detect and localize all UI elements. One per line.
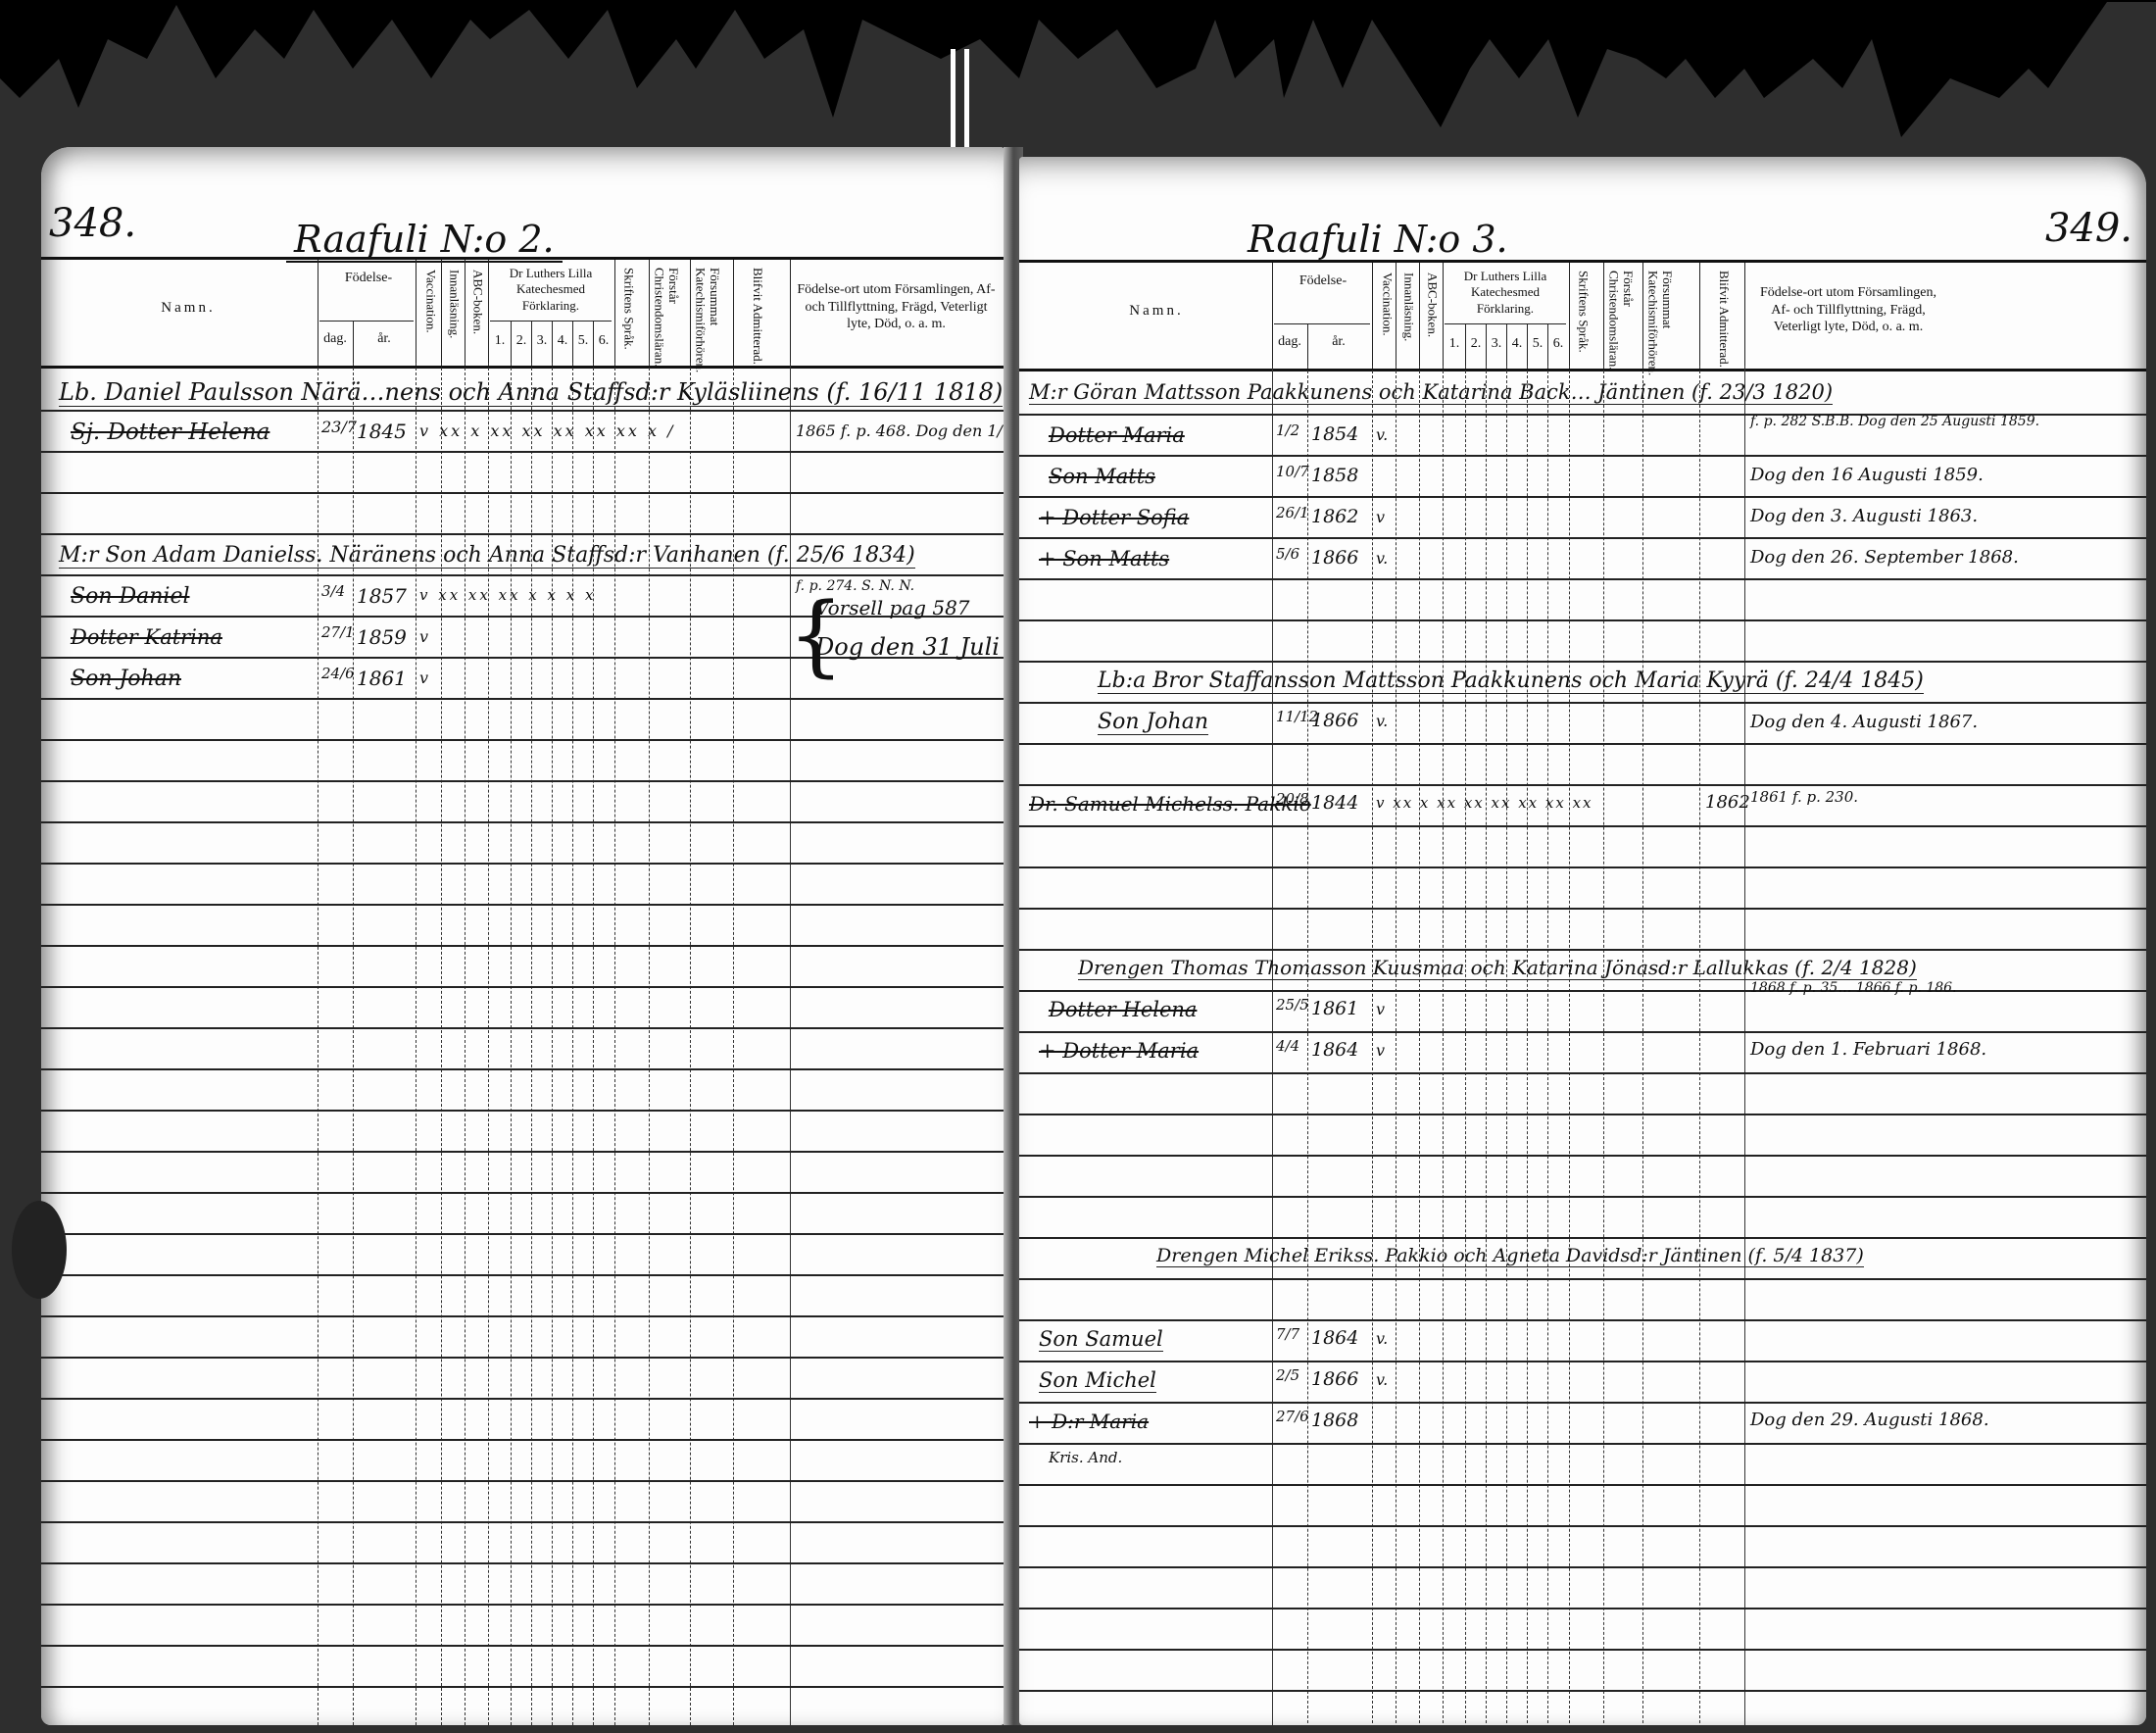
entry-birth-year: 1864 — [1311, 1327, 1358, 1349]
entry-note: Dog den 1. Februari 1868. — [1750, 1039, 1986, 1060]
header-notes: Födelse-ort utom Församlingen, Af- och T… — [1750, 284, 1946, 336]
entry-name: Son Matts — [1049, 465, 1155, 488]
header-birth: Födelse- — [1274, 272, 1372, 290]
entry-marks: v xx x xx xx xx xx xx xx — [1376, 794, 1593, 812]
header-birth: Födelse- — [319, 270, 417, 287]
entry-birth-year: 1868 — [1311, 1410, 1358, 1431]
entry-note: Dog den 4. Augusti 1867. — [1750, 712, 1978, 732]
entry-head-of-household: Drengen Michel Erikss. Pakkio och Agneta… — [1156, 1245, 1864, 1267]
entry-name: + Dotter Maria — [1039, 1039, 1199, 1063]
entry-birth-year: 1845 — [357, 420, 407, 443]
entry-name: Son Michel — [1039, 1368, 1156, 1393]
entry-birth-year: 1861 — [357, 667, 407, 690]
header-year: år. — [355, 330, 414, 348]
entry-birth-year: 1862 — [1311, 506, 1358, 527]
right-page: 349. Raafuli N:o 3. Namn. Födelse- dag. … — [1019, 157, 2146, 1725]
entry-note: Kris. And. — [1049, 1449, 1122, 1466]
header-catechism: Dr Luthers Lilla Katechesmed Förklaring. — [490, 266, 612, 314]
entry-marks: v. — [1376, 1329, 1388, 1348]
header-abc: ABC-boken. — [1425, 272, 1439, 337]
entry-name: Dotter Helena — [1049, 998, 1197, 1021]
header-catechism: Dr Luthers Lilla Katechesmed Förklaring. — [1445, 269, 1566, 317]
entry-name: + D:r Maria — [1029, 1410, 1149, 1433]
header-part-4: 4. — [553, 332, 572, 350]
header-vaccination: Vaccination. — [1380, 272, 1394, 336]
header-part-6: 6. — [1548, 335, 1568, 353]
header-part-1: 1. — [490, 332, 510, 350]
entry-marks: v — [419, 627, 428, 646]
binding-hole — [12, 1201, 67, 1299]
entry-birth-day: 3/4 — [321, 582, 345, 600]
entry-marks: v. — [1376, 1370, 1388, 1389]
entry-birth-day: 23/7 — [321, 418, 357, 436]
entry-birth-day: 4/4 — [1276, 1037, 1299, 1055]
entry-birth-day: 1/2 — [1276, 421, 1299, 439]
header-day: dag. — [1274, 333, 1305, 351]
gutter-marker — [951, 49, 980, 157]
entry-head-of-household: M:r Son Adam Danielss. Näränens och Anna… — [59, 543, 915, 569]
header-part-5: 5. — [573, 332, 593, 350]
header-day: dag. — [319, 330, 351, 348]
entry-note: f. p. 282 S.B.B. Dog den 25 Augusti 1859… — [1750, 414, 2039, 429]
header-name: Namn. — [1098, 302, 1215, 321]
entry-birth-year: 1857 — [357, 584, 407, 608]
entry-birth-year: 1866 — [1311, 1368, 1358, 1390]
entry-note: 1868 f. p. 35… 1866 f. p. 186. — [1750, 980, 1957, 996]
entry-admitted-year: 1862 — [1705, 792, 1750, 813]
entry-marks: v — [1376, 1041, 1385, 1060]
entry-note: 1865 f. p. 468. Dog den 1/7 1865 — [796, 421, 1004, 440]
header-christian-doctrine: Förstår Christendomsläran. — [655, 268, 680, 367]
entry-birth-year: 1858 — [1311, 465, 1358, 486]
entry-name: + Dotter Sofia — [1039, 506, 1189, 529]
entry-marks: v — [1376, 1000, 1385, 1018]
header-part-4: 4. — [1507, 335, 1527, 353]
entry-marks: v — [419, 668, 428, 687]
entry-birth-year: 1866 — [1311, 710, 1358, 731]
entry-note: Dog den 3. Augusti 1863. — [1750, 506, 1978, 526]
entry-name: Son Daniel — [71, 584, 190, 609]
column-header-row: Namn. Födelse- dag. år. Vaccination. Inn… — [1019, 260, 2146, 371]
header-abc: ABC-boken. — [470, 270, 484, 334]
entry-birth-year: 1844 — [1311, 792, 1358, 814]
page-number: 348. — [49, 201, 136, 246]
entry-marks: v xx xx xx x x x x — [419, 586, 596, 604]
entry-name: Dr. Samuel Michelss. Pakkio — [1029, 792, 1311, 816]
entry-name: Dotter Katrina — [71, 625, 222, 649]
entry-name: Son Johan — [71, 667, 181, 691]
header-part-3: 3. — [1487, 335, 1506, 353]
entry-note: Dog den 26. September 1868. — [1750, 547, 2019, 568]
entry-birth-day: 24/6 — [321, 665, 355, 682]
entry-note: Dog den 29. Augusti 1868. — [1750, 1410, 1989, 1430]
entry-head-of-household: Lb:a Bror Staffansson Mattsson Paakkunen… — [1098, 668, 1924, 694]
village-heading: Raafuli N:o 3. — [1240, 218, 1516, 263]
entry-head-of-household: Lb. Daniel Paulsson Närä…nens och Anna S… — [59, 378, 1003, 407]
entry-marks: v xx x xx xx xx xx xx x / — [419, 421, 676, 440]
header-part-5: 5. — [1528, 335, 1547, 353]
header-admitted: Blifvit Admitterad. — [1705, 271, 1731, 368]
header-part-1: 1. — [1445, 335, 1464, 353]
entry-head-of-household: M:r Göran Mattsson Paakkunens och Katari… — [1029, 380, 1833, 405]
entry-name: Dotter Maria — [1049, 423, 1185, 447]
header-scripture: Skriftens Språk. — [1576, 271, 1590, 353]
page-number: 349. — [2045, 206, 2132, 251]
entry-birth-day: 7/7 — [1276, 1325, 1299, 1343]
header-christian-doctrine: Förstår Christendomsläran. — [1609, 271, 1635, 370]
header-notes: Födelse-ort utom Församlingen, Af- och T… — [796, 281, 997, 333]
entry-note: 1861 f. p. 230. — [1750, 788, 1858, 806]
entry-birth-day: 2/5 — [1276, 1366, 1299, 1384]
entry-birth-year: 1859 — [357, 625, 407, 649]
column-header-row: Namn. Födelse- dag. år. Vaccination. Inn… — [41, 257, 1004, 369]
entry-marks: v — [1376, 508, 1385, 526]
entry-birth-year: 1861 — [1311, 998, 1358, 1019]
header-part-2: 2. — [1466, 335, 1486, 353]
header-admitted: Blifvit Admitterad. — [739, 268, 764, 365]
entry-birth-day: 26/1 — [1276, 504, 1309, 521]
header-part-3: 3. — [532, 332, 552, 350]
entry-birth-day: 27/6 — [1276, 1408, 1309, 1425]
entry-note: Dog den 16 Augusti 1859. — [1750, 465, 1984, 485]
entry-birth-year: 1864 — [1311, 1039, 1358, 1061]
entry-marks: v. — [1376, 425, 1388, 444]
entry-birth-year: 1866 — [1311, 547, 1358, 569]
brace-icon: { — [788, 584, 844, 687]
entry-birth-day: 10/7 — [1276, 463, 1309, 480]
entry-birth-year: 1854 — [1311, 423, 1358, 445]
header-missed-catechism: Försummat Katechismiförhören. — [696, 268, 721, 372]
header-inanlasning: Innanläsning. — [447, 270, 461, 338]
header-missed-catechism: Försummat Katechismiförhören. — [1648, 271, 1674, 375]
entry-birth-day: 20/8 — [1276, 790, 1309, 808]
entry-birth-day: 25/5 — [1276, 996, 1309, 1014]
left-page: 348. Raafuli N:o 2. Namn. Födelse- dag. … — [41, 147, 1004, 1725]
entry-marks: v. — [1376, 549, 1388, 568]
entry-birth-day: 5/6 — [1276, 545, 1299, 563]
header-scripture: Skriftens Språk. — [621, 268, 635, 350]
header-part-2: 2. — [512, 332, 531, 350]
header-year: år. — [1309, 333, 1368, 351]
header-vaccination: Vaccination. — [423, 270, 437, 333]
entry-head-of-household: Drengen Thomas Thomasson Kuusmaa och Kat… — [1078, 956, 1917, 980]
header-part-6: 6. — [594, 332, 613, 350]
entry-name: Son Johan — [1098, 710, 1208, 735]
entry-name: + Son Matts — [1039, 547, 1169, 570]
header-inanlasning: Innanläsning. — [1401, 272, 1415, 341]
entry-birth-day: 27/1 — [321, 623, 355, 641]
entry-marks: v. — [1376, 712, 1388, 730]
entry-name: Son Samuel — [1039, 1327, 1163, 1352]
header-name: Namn. — [129, 299, 247, 318]
entry-name: Sj. Dotter Helena — [71, 420, 269, 445]
